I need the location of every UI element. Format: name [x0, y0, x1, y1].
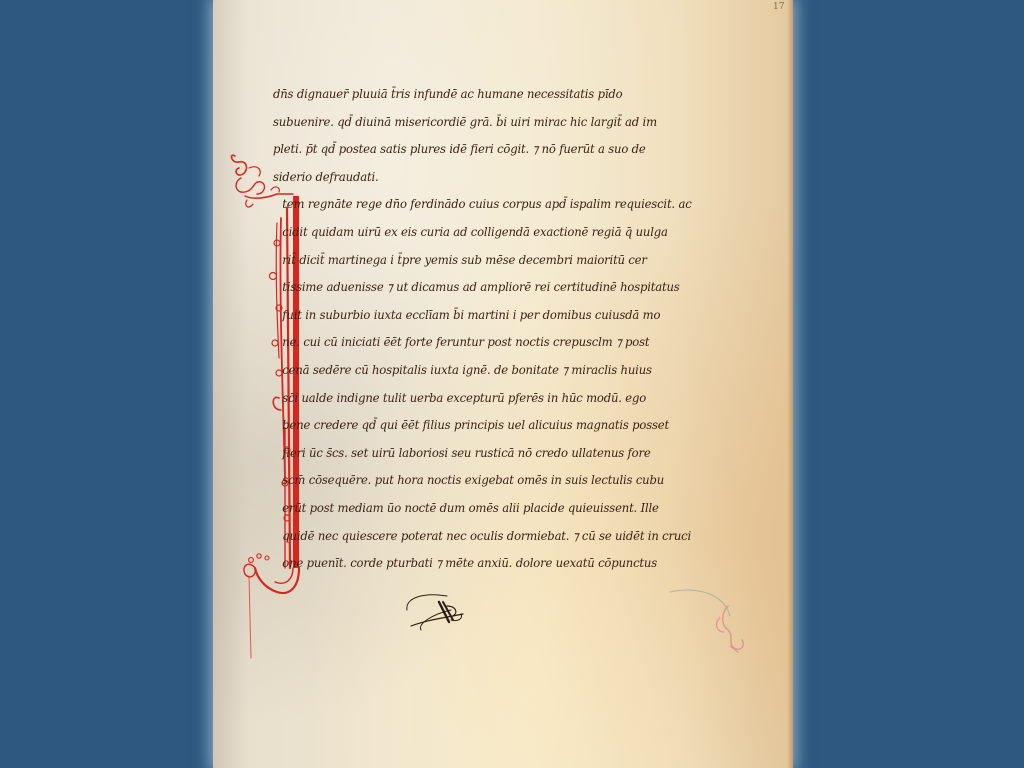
text-line: cenā sedēre cū hospitalis iuxta ignē. de…: [273, 356, 640, 384]
manuscript-page: 17: [213, 0, 793, 768]
text-line: ne. cui cū iniciati ēēt forte feruntur p…: [273, 328, 640, 356]
text-line: tem regnāte rege dn̄o ferdinādo cuius co…: [273, 190, 640, 218]
text-line: scm̄ cōsequēre. put hora noctis exigebat…: [273, 466, 640, 494]
text-line: pleti. p̄t qd̄ postea satis plures idē f…: [273, 135, 640, 163]
text-line: erūt post mediam ūo noctē dum omēs alii …: [273, 494, 640, 522]
text-line: siderio defraudati.: [273, 163, 640, 191]
page-edge: [787, 0, 793, 768]
manuscript-text: dn̄s dignauer̄ pluuiā t̄ris infundē ac h…: [273, 80, 668, 577]
text-line: fuit in suburbio iuxta ecclīam b̄i marti…: [273, 301, 640, 329]
text-line: sc̄i ualde indigne tulit uerba excepturū…: [273, 384, 640, 412]
text-line: one puenīt. corde pturbati ⁊ mēte anxiū.…: [273, 549, 640, 577]
slide-background: 17: [0, 0, 1024, 768]
text-line: fieri ūc s̄cs. set uirū laboriosi seu ru…: [273, 439, 640, 467]
text-line: tissime aduenisse ⁊ ut dicamus ad amplio…: [273, 273, 640, 301]
folio-number: 17: [773, 2, 784, 12]
text-line: subuenire. qd̄ diuinā misericordiē grā. …: [273, 108, 640, 136]
text-line: quidē nec quiescere poterat nec oculis d…: [273, 522, 640, 550]
text-line: rit̄ dicit̄ martinega i t̄pre yemis sub …: [273, 246, 640, 274]
marginal-flourish-icon: [668, 588, 748, 658]
text-line: bene credere qd̄ qui ēēt filius principi…: [273, 411, 640, 439]
pen-flourish-icon: [403, 588, 473, 636]
text-line: cidit quidam uirū ex eis curia ad collig…: [273, 218, 640, 246]
text-line: dn̄s dignauer̄ pluuiā t̄ris infundē ac h…: [273, 80, 640, 108]
